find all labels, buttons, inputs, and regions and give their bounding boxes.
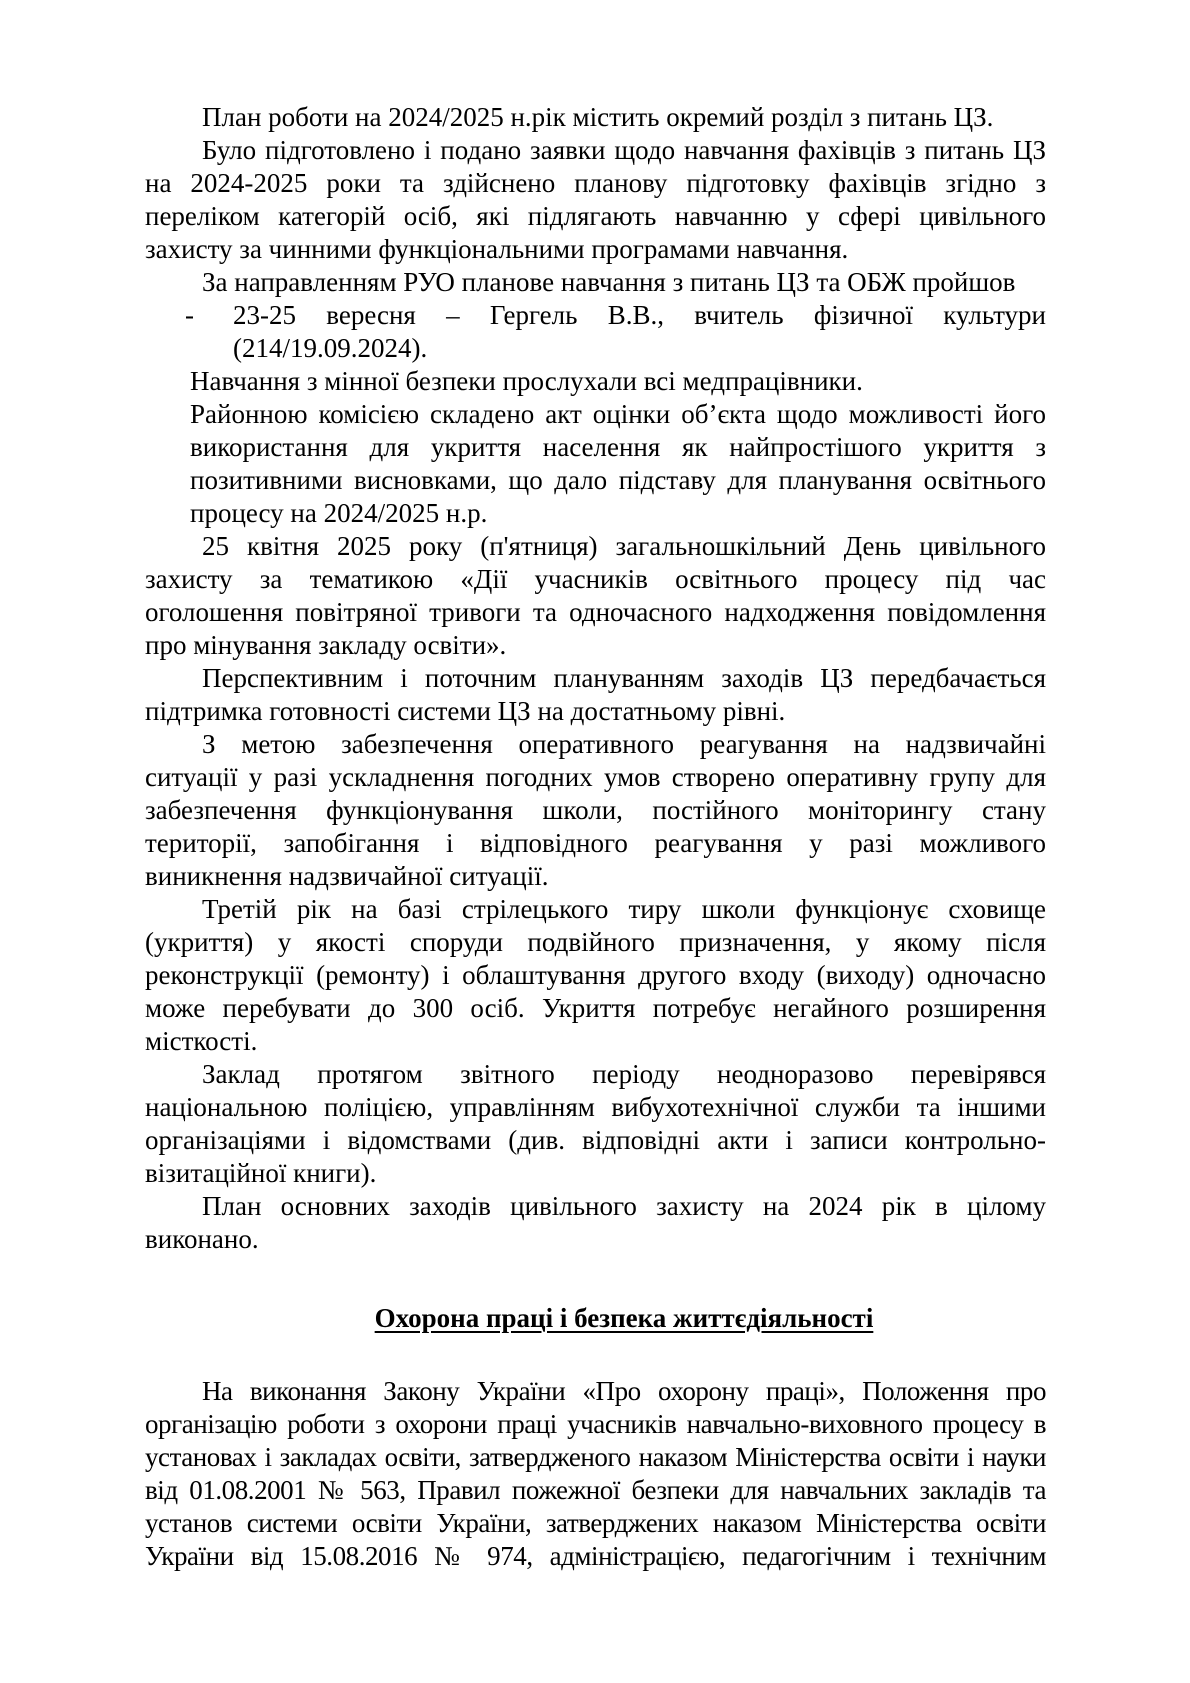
text-line: захисту за тематикою «Дії учасників осві… <box>145 563 1046 596</box>
text-line: може перебувати до 300 осіб. Укриття пот… <box>145 992 1046 1025</box>
text-line: підтримка готовності системи ЦЗ на доста… <box>145 695 1046 728</box>
text-line: -23-25 вересня – Гергель В.В., вчитель ф… <box>145 299 1046 332</box>
text-line: процесу на 2024/2025 н.р. <box>145 497 1046 530</box>
text-line: Було підготовлено і подано заявки щодо н… <box>145 134 1046 167</box>
paragraph: 25 квітня 2025 року (п'ятниця) загальнош… <box>145 530 1046 662</box>
text-line: оголошення повітряної тривоги та одночас… <box>145 596 1046 629</box>
text-line: візитаційної книги). <box>145 1157 1046 1190</box>
text-line: З метою забезпечення оперативного реагув… <box>145 728 1046 761</box>
text-line: організацію роботи з охорони праці учасн… <box>145 1408 1046 1441</box>
text-line: Перспективним і поточним плануванням зах… <box>145 662 1046 695</box>
text-line: 25 квітня 2025 року (п'ятниця) загальнош… <box>145 530 1046 563</box>
section-heading: Охорона праці і безпека життєдіяльності <box>145 1302 1046 1335</box>
list-item-text: 23-25 вересня – Гергель В.В., вчитель фі… <box>233 300 1046 330</box>
paragraph: Районною комісією складено акт оцінки об… <box>145 398 1046 530</box>
paragraph: -23-25 вересня – Гергель В.В., вчитель ф… <box>145 299 1046 365</box>
paragraph: План роботи на 2024/2025 н.рік містить о… <box>145 101 1046 134</box>
text-line: Заклад протягом звітного періоду неоднор… <box>145 1058 1046 1091</box>
text-line: національною поліцією, управлінням вибух… <box>145 1091 1046 1124</box>
text-line: План роботи на 2024/2025 н.рік містить о… <box>145 101 1046 134</box>
text-line: Третій рік на базі стрілецького тиру шко… <box>145 893 1046 926</box>
text-line: від 01.08.2001 № 563, Правил пожежної бе… <box>145 1474 1046 1507</box>
text-line: реконструкції (ремонту) і облаштування д… <box>145 959 1046 992</box>
paragraph: Третій рік на базі стрілецького тиру шко… <box>145 893 1046 1058</box>
paragraph: Заклад протягом звітного періоду неоднор… <box>145 1058 1046 1190</box>
text-line: установах і закладах освіти, затверджено… <box>145 1441 1046 1474</box>
text-line: На виконання Закону України «Про охорону… <box>145 1375 1046 1408</box>
list-dash-marker: - <box>185 299 194 332</box>
text-line: установ системи освіти України, затвердж… <box>145 1507 1046 1540</box>
text-line: ситуації у разі ускладнення погодних умо… <box>145 761 1046 794</box>
text-line: території, запобігання і відповідного ре… <box>145 827 1046 860</box>
text-line: України від 15.08.2016 № 974, адміністра… <box>145 1540 1046 1573</box>
text-line: За направленням РУО планове навчання з п… <box>145 266 1046 299</box>
paragraph: З метою забезпечення оперативного реагув… <box>145 728 1046 893</box>
text-line: (укриття) у якості споруди подвійного пр… <box>145 926 1046 959</box>
paragraph: Було підготовлено і подано заявки щодо н… <box>145 134 1046 266</box>
text-line: Навчання з мінної безпеки прослухали всі… <box>145 365 1046 398</box>
text-line: забезпечення функціонування школи, пості… <box>145 794 1046 827</box>
text-line: організаціями і відомствами (див. відпов… <box>145 1124 1046 1157</box>
text-line: переліком категорій осіб, які підлягають… <box>145 200 1046 233</box>
document-body: План роботи на 2024/2025 н.рік містить о… <box>145 101 1046 1573</box>
paragraph: Навчання з мінної безпеки прослухали всі… <box>145 365 1046 398</box>
paragraph: На виконання Закону України «Про охорону… <box>145 1375 1046 1573</box>
text-line: виникнення надзвичайної ситуації. <box>145 860 1046 893</box>
text-line: захисту за чинними функціональними прогр… <box>145 233 1046 266</box>
text-line: на 2024-2025 роки та здійснено планову п… <box>145 167 1046 200</box>
paragraph: За направленням РУО планове навчання з п… <box>145 266 1046 299</box>
paragraph: План основних заходів цивільного захисту… <box>145 1190 1046 1256</box>
text-line: про мінування закладу освіти». <box>145 629 1046 662</box>
paragraph: Перспективним і поточним плануванням зах… <box>145 662 1046 728</box>
text-line: Районною комісією складено акт оцінки об… <box>145 398 1046 431</box>
document-page: План роботи на 2024/2025 н.рік містить о… <box>0 0 1190 1683</box>
text-line: (214/19.09.2024). <box>145 332 1046 365</box>
section-heading-text: Охорона праці і безпека життєдіяльності <box>145 1302 1046 1335</box>
text-line: виконано. <box>145 1223 1046 1256</box>
text-line: використання для укриття населення як на… <box>145 431 1046 464</box>
text-line: місткості. <box>145 1025 1046 1058</box>
text-line: План основних заходів цивільного захисту… <box>145 1190 1046 1223</box>
text-line: позитивними висновками, що дало підставу… <box>145 464 1046 497</box>
